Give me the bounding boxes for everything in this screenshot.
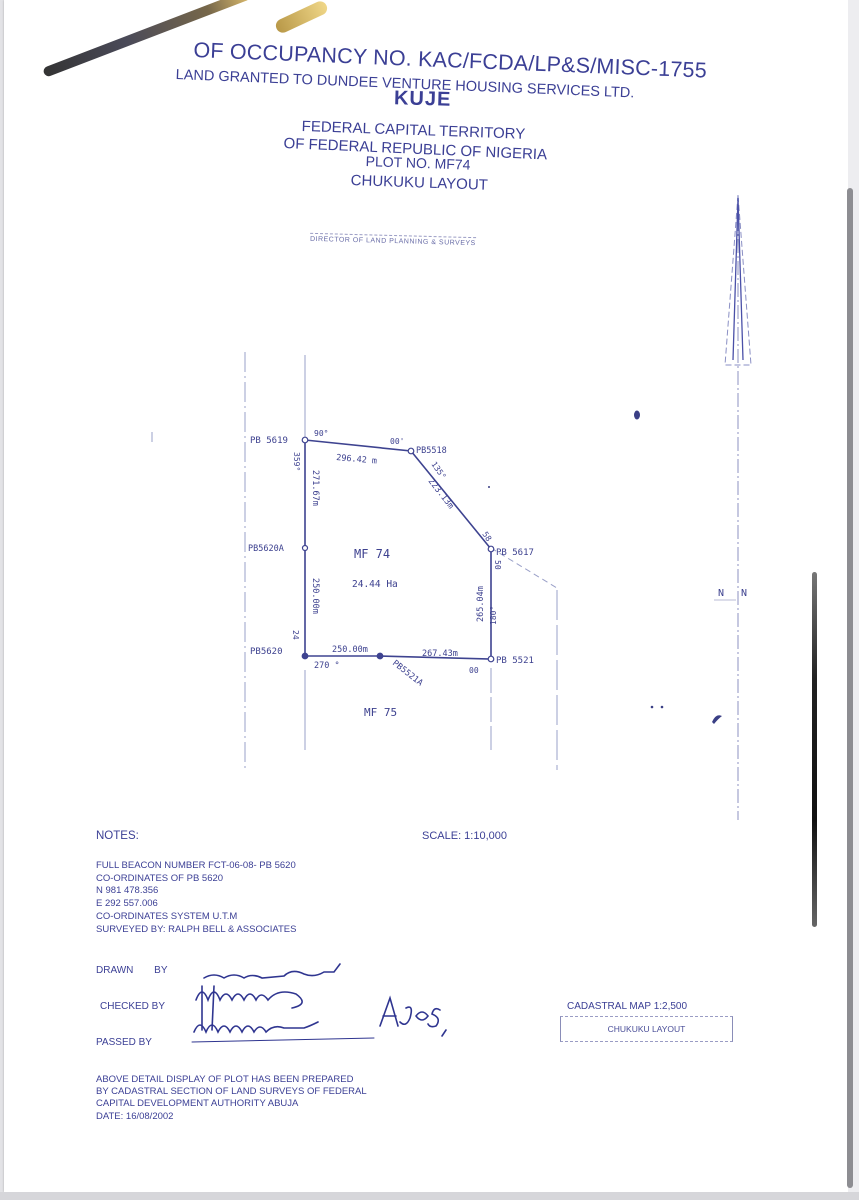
north-label-right: N	[741, 588, 747, 599]
angle-mark: 270 °	[314, 661, 340, 671]
viewer-bottom-edge	[0, 1192, 859, 1200]
beacon-label: PB5620	[250, 647, 283, 657]
beacon-label: PB 5617	[496, 548, 534, 558]
cadastral-layout-box: CHUKUKU LAYOUT	[560, 1016, 733, 1042]
angle-mark: 00'	[390, 437, 404, 446]
boundary-distance: 250.00m	[310, 578, 320, 614]
angle-mark: 24	[291, 630, 300, 640]
note-line: CO-ORDINATES SYSTEM U.T.M	[96, 911, 296, 924]
signature-scribbles	[184, 960, 484, 1055]
boundary-distance: 265.04m	[476, 586, 486, 622]
boundary-distance: 271.67m	[310, 470, 320, 506]
note-line: FULL BEACON NUMBER FCT-06-08- PB 5620	[96, 860, 296, 873]
scale-label: SCALE: 1:10,000	[422, 830, 507, 842]
checked-by-label: CHECKED BY	[100, 1001, 165, 1012]
beacon-label: PB5518	[416, 446, 447, 456]
footer-line: BY CADASTRAL SECTION OF LAND SURVEYS OF …	[96, 1086, 367, 1098]
footer-line: ABOVE DETAIL DISPLAY OF PLOT HAS BEEN PR…	[96, 1074, 367, 1086]
note-line: E 292 557.006	[96, 898, 296, 911]
boundary-distance: 267.43m	[422, 649, 458, 659]
note-line: SURVEYED BY: RALPH BELL & ASSOCIATES	[96, 924, 296, 937]
passed-by-label: PASSED BY	[96, 1037, 152, 1048]
north-arrow-icon	[714, 195, 751, 820]
scan-edge-mark	[812, 572, 817, 927]
angle-mark: 00	[469, 666, 479, 675]
angle-mark: 359°	[292, 452, 301, 471]
drawn-by-label: DRAWN BY	[96, 965, 168, 976]
note-line: CO-ORDINATES OF PB 5620	[96, 873, 296, 886]
survey-plan-drawing: N N PB 5619 PB5518 PB 5617 PB 5521 PB552…	[4, 0, 848, 820]
footer-line: CAPITAL DEVELOPMENT AUTHORITY ABUJA	[96, 1098, 367, 1110]
notes-list: FULL BEACON NUMBER FCT-06-08- PB 5620 CO…	[96, 860, 296, 936]
plot-area: 24.44 Ha	[352, 579, 398, 590]
plot-label: MF 74	[354, 547, 390, 561]
document-page: OF OCCUPANCY NO. KAC/FCDA/LP&S/MISC-1755…	[4, 0, 848, 1192]
beacon-label: PB 5619	[250, 436, 288, 446]
boundary-distance: 296.42 m	[336, 453, 378, 467]
beacon-label: PB5620A	[248, 544, 284, 554]
preparation-statement: ABOVE DETAIL DISPLAY OF PLOT HAS BEEN PR…	[96, 1074, 367, 1123]
adjacent-plot-label: MF 75	[364, 706, 397, 719]
footer-date: DATE: 16/08/2002	[96, 1111, 367, 1123]
ink-specks	[488, 411, 722, 725]
scrollbar-thumb[interactable]	[847, 188, 853, 1188]
angle-mark: 50	[493, 560, 502, 570]
boundary-distance: 250.00m	[332, 645, 368, 655]
boundary-distance: 223.13m	[426, 477, 456, 511]
beacon-label: PB 5521	[496, 656, 534, 666]
note-line: N 981 478.356	[96, 885, 296, 898]
angle-mark: 58	[480, 530, 493, 543]
beacon-label: PB5521A	[390, 658, 424, 688]
plot-boundary	[305, 440, 491, 659]
beacon-markers	[302, 437, 494, 662]
angle-mark: 180°	[489, 606, 498, 625]
cadastral-map-title: CADASTRAL MAP 1:2,500	[567, 1001, 687, 1012]
angle-mark: 90°	[314, 429, 328, 438]
north-label-left: N	[718, 588, 724, 599]
notes-heading: NOTES:	[96, 830, 139, 842]
